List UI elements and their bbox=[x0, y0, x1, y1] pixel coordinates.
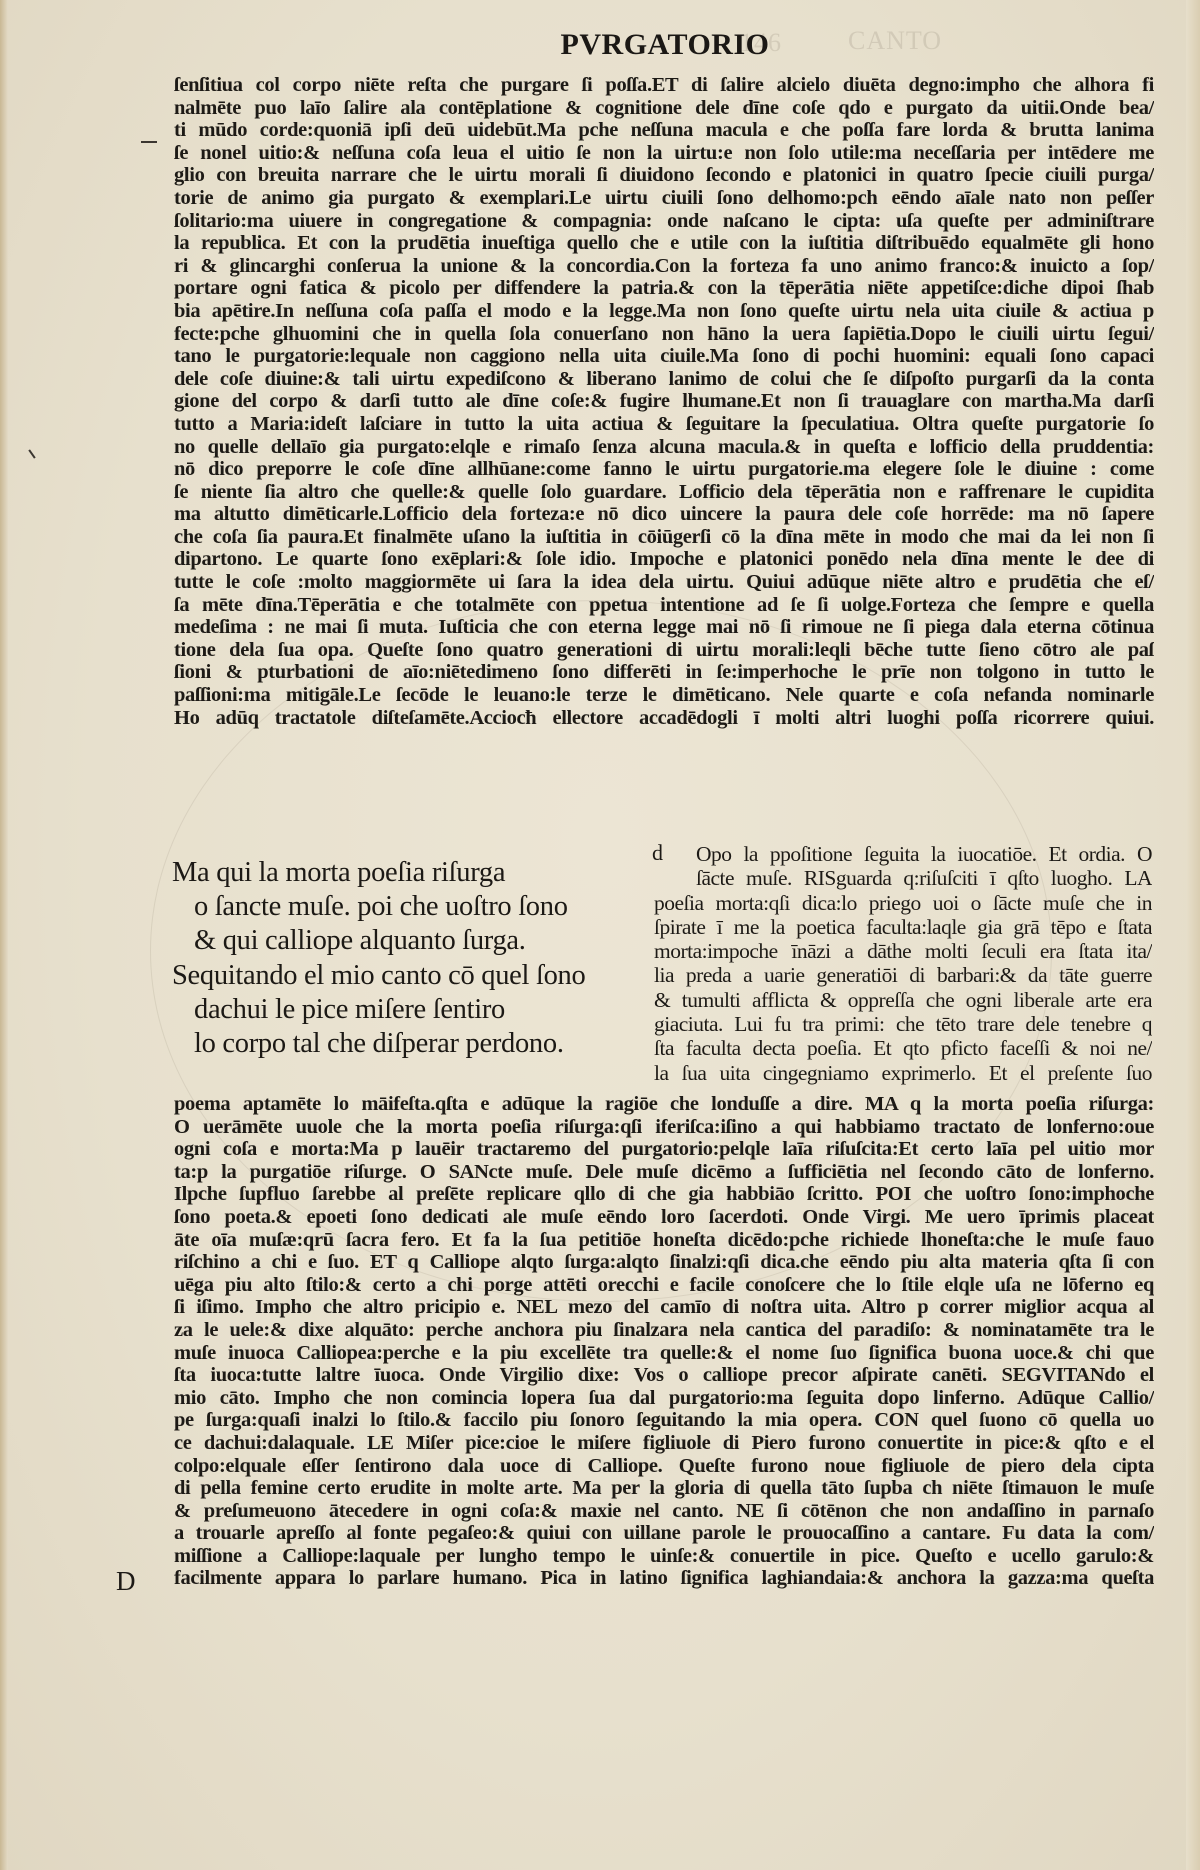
text-line: la ſua uita cingegniamo exprimerlo. Et e… bbox=[654, 1061, 1152, 1085]
text-line: ſenſitiua col corpo niēte reſta che purg… bbox=[174, 74, 1154, 97]
text-line: ſe niente ſia altro che quelle:& quelle … bbox=[174, 481, 1154, 504]
verse-line: Sequitando el mio canto cō quel ſono bbox=[172, 959, 622, 993]
margin-tick-mark bbox=[141, 141, 157, 143]
text-line: O uerāmēte uuole che la morta poeſia riſ… bbox=[174, 1116, 1154, 1139]
text-line: dipartono. Le quarte ſono exēplari:& ſol… bbox=[174, 548, 1154, 571]
text-line: & preſumeuono ātecedere in ogni coſa:& m… bbox=[174, 1500, 1154, 1523]
running-head: PVRGATORIO bbox=[0, 28, 1200, 62]
text-line: nalmēte puo laīo ſalire ala contēplation… bbox=[174, 97, 1154, 120]
text-line: uēga piu alto ſtilo:& certo a chi porge … bbox=[174, 1274, 1154, 1297]
text-line: miſſione a Calliope:laquale per lungho t… bbox=[174, 1545, 1154, 1568]
text-line: tutto a Maria:ideſt laſciare in tutto la… bbox=[174, 413, 1154, 436]
text-line: paſſioni:ma mitigāle.Le ſecōde le leuano… bbox=[174, 684, 1154, 707]
verse-block: Ma qui la morta poeſia riſurgao ſancte m… bbox=[172, 856, 622, 1061]
text-line: medeſima : ne mai ſi muta. Iuſticia che … bbox=[174, 616, 1154, 639]
text-line: a trouarle apreſſo al fonte pegaſeo:& qu… bbox=[174, 1522, 1154, 1545]
text-line: ſpirate ī me la poetica faculta:laqle gi… bbox=[654, 915, 1152, 939]
text-line: facilmente appara lo parlare humano. Pic… bbox=[174, 1567, 1154, 1590]
commentary-body-top: ſenſitiua col corpo niēte reſta che purg… bbox=[174, 74, 1154, 729]
text-line: ſta faculta decta poeſia. Et qto pficto … bbox=[654, 1036, 1152, 1060]
text-line: Ilpche ſupfluo ſarebbe al preſēte replic… bbox=[174, 1183, 1154, 1206]
verse-line: & qui calliope alquanto ſurga. bbox=[172, 924, 622, 958]
text-line: ſe nonel uitio:& neſſuna coſa leua el ui… bbox=[174, 142, 1154, 165]
text-line: glio con breuita narrare che le uirtu mo… bbox=[174, 164, 1154, 187]
text-line: ſioni & pturbationi de aīo:niētedimeno ſ… bbox=[174, 661, 1154, 684]
text-line: colpo:elquale eſſer ſentirono dala uoce … bbox=[174, 1455, 1154, 1478]
text-line: ſācte muſe. RISguarda q:riſuſciti ī qſto… bbox=[654, 866, 1152, 890]
text-line: ſono poeta.& epoeti ſono dedicati ale mu… bbox=[174, 1206, 1154, 1229]
text-line: portare ogni fatica & picolo per diffend… bbox=[174, 277, 1154, 300]
page-gutter-shadow bbox=[0, 0, 8, 1870]
text-line: la republica. Et con la prudētia inueſti… bbox=[174, 232, 1154, 255]
text-line: che coſa ſia paura.Et finalmēte uſano la… bbox=[174, 526, 1154, 549]
text-line: gione del corpo & darſi tutto ale dīne c… bbox=[174, 390, 1154, 413]
text-line: ti mūdo corde:quoniā ipſi deū uidebūt.Ma… bbox=[174, 119, 1154, 142]
text-line: dele coſe diuine:& tali uirtu expediſcon… bbox=[174, 368, 1154, 391]
text-line: lia preda a uarie generatiōi di barbari:… bbox=[654, 963, 1152, 987]
verse-line: o ſancte muſe. poi che uoſtro ſono bbox=[172, 890, 622, 924]
text-line: ri & glincarghi conſerua la unione & la … bbox=[174, 255, 1154, 278]
text-line: ta:p la purgatiōe riſurge. O SANcte muſe… bbox=[174, 1161, 1154, 1184]
commentary-column: Opo la ppoſitione ſeguita la iuocatiōe. … bbox=[654, 842, 1152, 1085]
margin-stray-mark bbox=[28, 449, 35, 458]
text-line: pe ſurga:quaſi inalzi lo ſtilo.& faccilo… bbox=[174, 1409, 1154, 1432]
text-line: ce dachui:dalaquale. LE Miſer pice:cioe … bbox=[174, 1432, 1154, 1455]
text-line: mio cāto. Impho che non comincia lopera … bbox=[174, 1387, 1154, 1410]
text-line: āte oīa muſæ:qrū ſacra fero. Et fa la ſu… bbox=[174, 1229, 1154, 1252]
text-line: poeſia morta:qſi dica:lo priego uoi o ſā… bbox=[654, 891, 1152, 915]
text-line: ſolitario:ma uiuere in congregatione & c… bbox=[174, 210, 1154, 233]
text-line: bia apētire.In neſſuna coſa paſſa el mod… bbox=[174, 300, 1154, 323]
text-line: ſi iſimo. Impho che altro pricipio e. NE… bbox=[174, 1296, 1154, 1319]
text-line: no quelle dellaīo gia purgato:elqle e ri… bbox=[174, 436, 1154, 459]
text-line: ſta iuoca:tutte laltre īuoca. Onde Virgi… bbox=[174, 1364, 1154, 1387]
text-line: ma altutto dimēticarle.Lofficio dela for… bbox=[174, 503, 1154, 526]
text-line: riſchino a chi e ſuo. ET q Calliope alqt… bbox=[174, 1251, 1154, 1274]
book-page: 146 CANTO PVRGATORIO ſenſitiua col corpo… bbox=[0, 0, 1200, 1870]
verse-line: Ma qui la morta poeſia riſurga bbox=[172, 856, 622, 890]
page-fore-edge bbox=[1186, 0, 1200, 1870]
text-line: nō dico preporre le coſe dīne allhūane:c… bbox=[174, 458, 1154, 481]
verse-line: lo corpo tal che diſperar perdono. bbox=[172, 1027, 622, 1061]
text-line: muſe inuoca Calliopea:perche e la piu ex… bbox=[174, 1342, 1154, 1365]
text-line: & tumulti afflicta & oppreſſa che ogni l… bbox=[654, 988, 1152, 1012]
commentary-body-bottom: poema aptamēte lo māifeſta.qſta e adūque… bbox=[174, 1093, 1154, 1590]
text-line: Ho adūq tractatole diſteſamēte.Acciocħ e… bbox=[174, 707, 1154, 730]
text-line: ſa mēte dīna.Tēperātia e che totalmēte c… bbox=[174, 594, 1154, 617]
verse-line: dachui le pice miſere ſentiro bbox=[172, 993, 622, 1027]
text-line: Opo la ppoſitione ſeguita la iuocatiōe. … bbox=[654, 842, 1152, 866]
text-line: torie de animo gia purgato & exemplari.L… bbox=[174, 187, 1154, 210]
text-line: morta:impoche īnāzi a dāthe molti ſeculi… bbox=[654, 939, 1152, 963]
text-line: tutte le coſe :molto maggiormēte ui ſara… bbox=[174, 571, 1154, 594]
text-line: di pella femine certo erudite in molte a… bbox=[174, 1477, 1154, 1500]
text-line: tano le purgatorie:lequale non caggiono … bbox=[174, 345, 1154, 368]
text-line: poema aptamēte lo māifeſta.qſta e adūque… bbox=[174, 1093, 1154, 1116]
guide-letter-capital-d: D bbox=[116, 1566, 136, 1597]
text-line: ogni coſa e morta:Ma p lauēir tractaremo… bbox=[174, 1138, 1154, 1161]
text-line: tione dela ſua opa. Queſte ſono quatro g… bbox=[174, 639, 1154, 662]
text-line: za le uele:& dixe alquāto: perche anchor… bbox=[174, 1319, 1154, 1342]
text-line: giaciuta. Lui fu tra primi: che tēto tra… bbox=[654, 1012, 1152, 1036]
text-line: fecte:pche glhuomini che in quella ſola … bbox=[174, 323, 1154, 346]
